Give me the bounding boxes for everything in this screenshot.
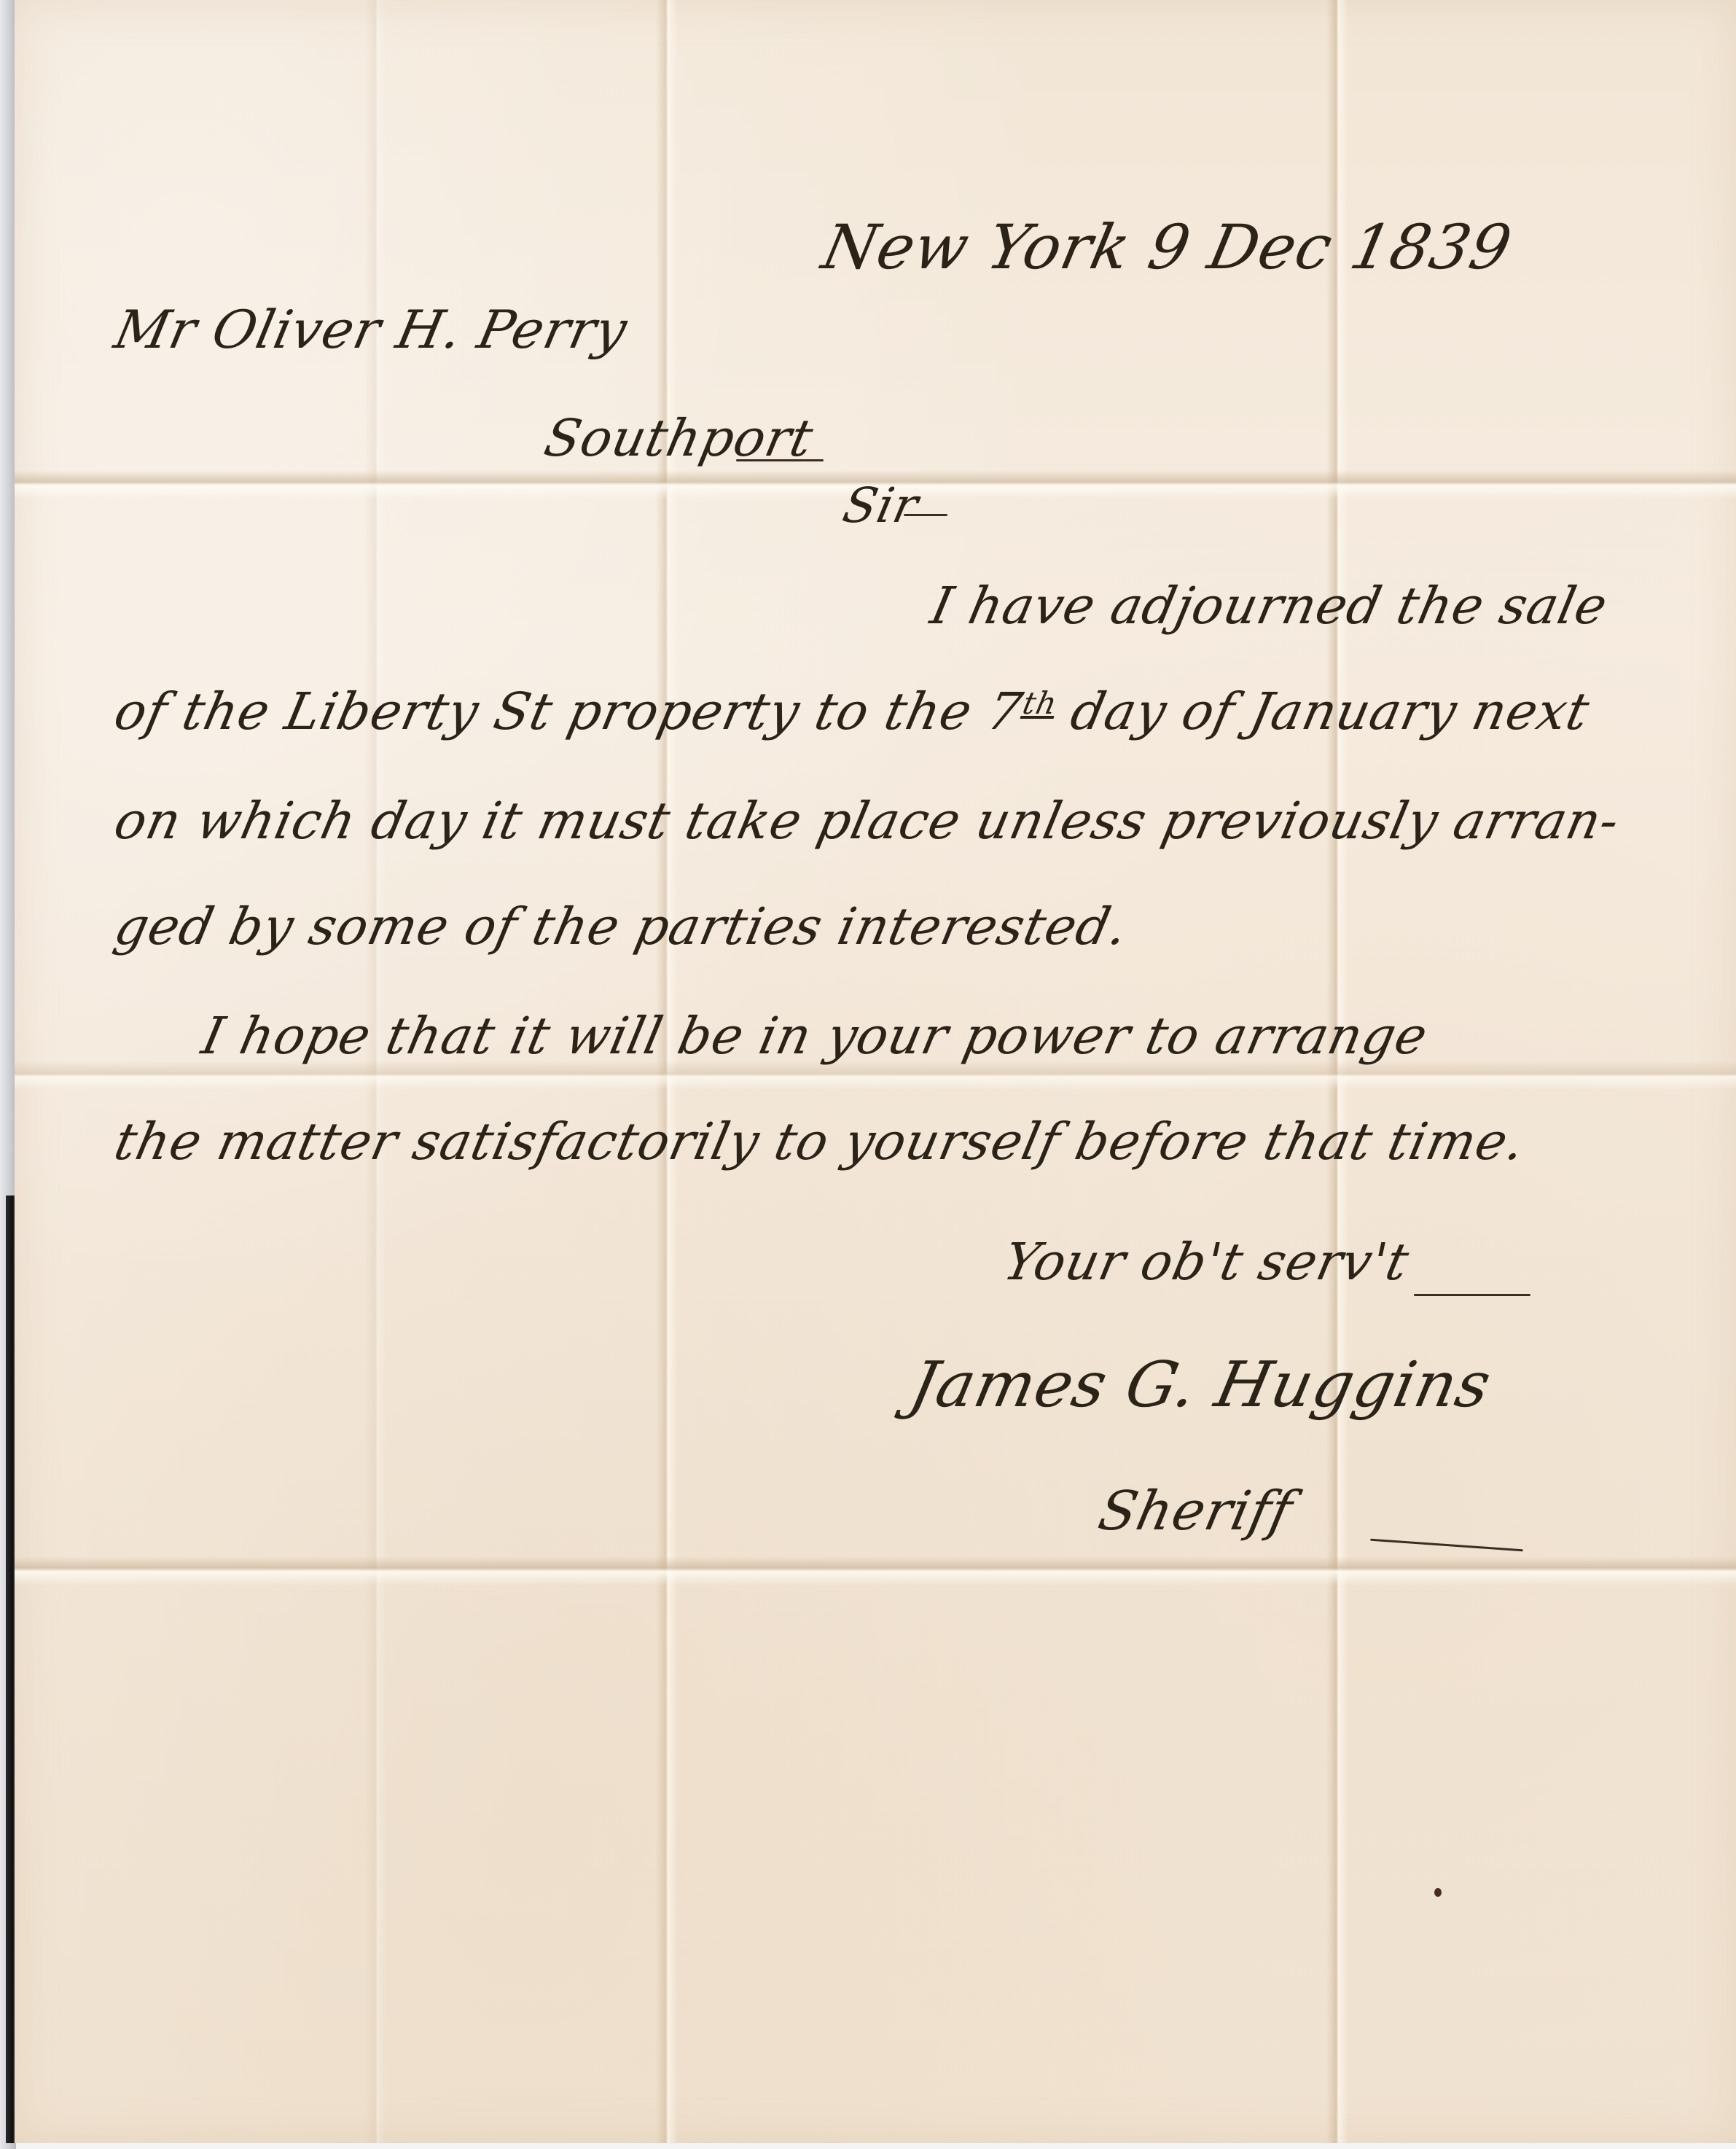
body-line-2: of the Liberty St property to the 7th da… bbox=[109, 682, 1595, 741]
underline-flourish bbox=[904, 514, 947, 516]
recipient-name: Mr Oliver H. Perry bbox=[109, 299, 633, 360]
body-line-4: ged by some of the parties interested. bbox=[109, 897, 1133, 956]
signature-title: Sheriff bbox=[1093, 1480, 1298, 1542]
salutation: Sir bbox=[838, 477, 923, 534]
signature-name: James G. Huggins bbox=[904, 1349, 1498, 1421]
body-line-2-text-end: day of January next bbox=[1049, 682, 1595, 741]
underline-flourish bbox=[1414, 1294, 1530, 1296]
body-line-2-text: of the Liberty St property to the 7 bbox=[109, 682, 1028, 741]
ink-speck bbox=[1434, 1888, 1442, 1897]
body-line-5: I hope that it will be in your power to … bbox=[197, 1006, 1433, 1066]
underline-flourish bbox=[736, 459, 824, 461]
body-line-6: the matter satisfactorily to yourself be… bbox=[109, 1112, 1530, 1171]
body-line-1: I have adjourned the sale bbox=[926, 576, 1613, 636]
body-line-3: on which day it must take place unless p… bbox=[109, 791, 1625, 851]
horizontal-fold-line bbox=[15, 1556, 1736, 1586]
closing-phrase: Your ob't serv't bbox=[998, 1232, 1415, 1292]
letter-dateline: New York 9 Dec 1839 bbox=[816, 211, 1518, 283]
